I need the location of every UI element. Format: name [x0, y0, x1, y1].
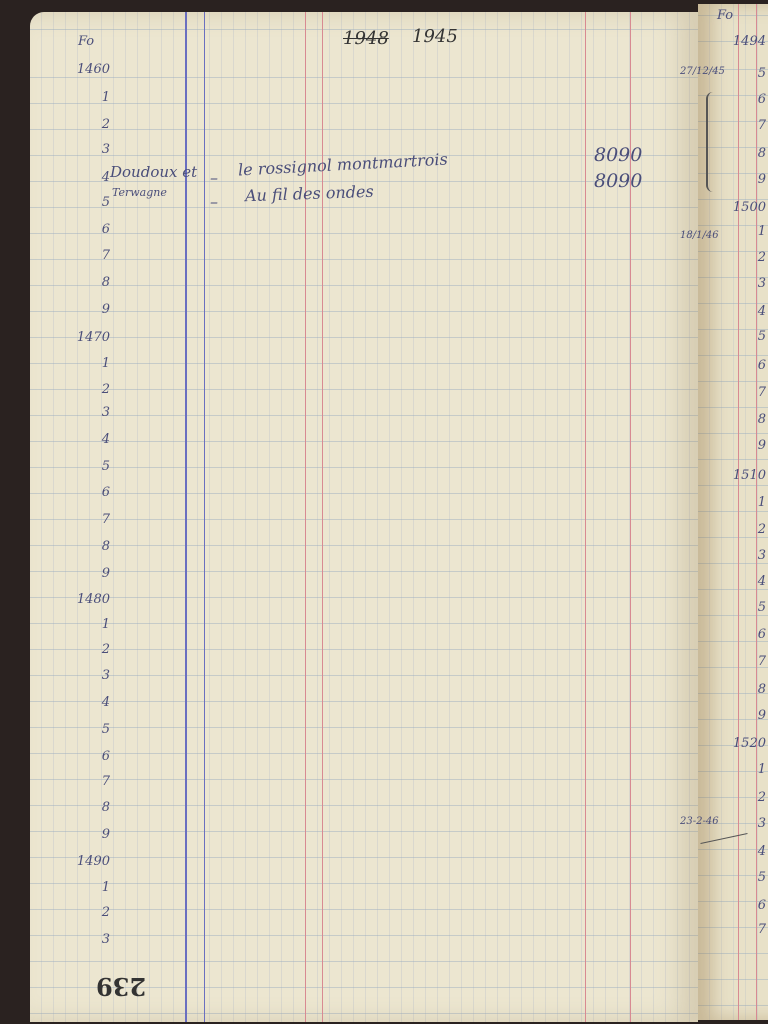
folio-row-label: 4 — [102, 432, 110, 447]
folio-row-label: 6 — [758, 898, 766, 913]
folio-row-label: 9 — [102, 566, 110, 581]
folio-row-label: 5 — [758, 329, 766, 344]
folio-row-label: 8 — [758, 412, 766, 427]
folio-row-label: 1460 — [77, 62, 110, 77]
folio-row-label: 2 — [758, 250, 766, 265]
folio-row-label: 6 — [758, 92, 766, 107]
folio-row-label: 6 — [102, 749, 110, 764]
folio-row-label: 8 — [758, 146, 766, 161]
folio-row-label: 2 — [102, 117, 110, 132]
folio-column-header: Fo — [78, 34, 94, 49]
entry-amount: 8090 — [594, 144, 642, 166]
folio-row-label: 4 — [758, 574, 766, 589]
folio-row-label: 3 — [758, 276, 766, 291]
folio-row-label: 8 — [102, 800, 110, 815]
folio-row-label: 8 — [102, 275, 110, 290]
folio-row-label: 5 — [758, 66, 766, 81]
folio-row-label: 1520 — [733, 736, 766, 751]
amount-column-line — [585, 12, 586, 1022]
folio-row-label: 9 — [758, 172, 766, 187]
folio-row-label: 1490 — [77, 854, 110, 869]
folio-row-label: 2 — [102, 382, 110, 397]
brace-mark — [706, 92, 720, 192]
folio-row-label: 1510 — [733, 468, 766, 483]
folio-row-label: 1 — [758, 495, 766, 510]
folio-row-label: 4 — [102, 695, 110, 710]
folio-row-label: 1500 — [733, 200, 766, 215]
folio-row-label: 7 — [758, 118, 766, 133]
folio-row-label: 4 — [102, 170, 110, 185]
folio-row-label: 1 — [102, 617, 110, 632]
folio-row-label: 3 — [102, 142, 110, 157]
folio-row-label: 1 — [758, 762, 766, 777]
year-heading: 1945 — [412, 26, 458, 47]
dash: – — [210, 168, 218, 187]
folio-row-label: 1 — [102, 90, 110, 105]
folio-row-label: 1494 — [733, 34, 766, 49]
entry-date: 27/12/45 — [680, 66, 725, 77]
page-number: 239 — [96, 972, 146, 1001]
folio-row-label: 8 — [758, 682, 766, 697]
folio-row-label: 7 — [758, 385, 766, 400]
folio-row-label: 7 — [758, 654, 766, 669]
folio-row-label: 3 — [102, 405, 110, 420]
folio-row-label: 7 — [758, 922, 766, 937]
folio-row-label: 2 — [758, 522, 766, 537]
folio-row-label: 1480 — [77, 592, 110, 607]
folio-row-label: 5 — [758, 870, 766, 885]
folio-row-label: 2 — [758, 790, 766, 805]
folio-row-label: 1 — [102, 880, 110, 895]
folio-row-label: 9 — [102, 827, 110, 842]
folio-row-label: 6 — [758, 358, 766, 373]
folio-row-label: 5 — [102, 722, 110, 737]
folio-row-label: 1 — [758, 224, 766, 239]
folio-row-label: 2 — [102, 905, 110, 920]
folio-row-label: 5 — [758, 600, 766, 615]
folio-row-label: 2 — [102, 642, 110, 657]
folio-row-label: 9 — [758, 708, 766, 723]
folio-row-label: 3 — [758, 816, 766, 831]
margin-line-blue-thin — [204, 12, 205, 1022]
folio-row-label: 7 — [102, 774, 110, 789]
entry-date: 18/1/46 — [680, 230, 719, 241]
folio-row-label: 8 — [102, 539, 110, 554]
folio-row-label: 4 — [758, 844, 766, 859]
folio-row-label: 7 — [102, 248, 110, 263]
entry-date: 23-2-46 — [680, 816, 719, 827]
folio-row-label: 3 — [758, 548, 766, 563]
folio-column-header: Fo — [717, 8, 733, 23]
folio-row-label: 9 — [102, 302, 110, 317]
year-heading-struck: 1948 — [343, 28, 389, 49]
folio-row-label: 6 — [102, 485, 110, 500]
entry-amount: 8090 — [594, 170, 642, 192]
margin-line-red — [738, 4, 739, 1020]
folio-row-label: 3 — [102, 668, 110, 683]
folio-row-label: 6 — [758, 627, 766, 642]
folio-row-label: 3 — [102, 932, 110, 947]
folio-row-label: 1 — [102, 356, 110, 371]
folio-row-label: 5 — [102, 459, 110, 474]
folio-row-label: 5 — [102, 195, 110, 210]
folio-row-label: 1470 — [77, 330, 110, 345]
folio-row-label: 6 — [102, 222, 110, 237]
folio-row-label: 7 — [102, 512, 110, 527]
folio-row-label: 9 — [758, 438, 766, 453]
folio-row-label: 4 — [758, 304, 766, 319]
entry-author: Doudoux et — [110, 163, 197, 181]
entry-author-2: Terwagne — [112, 186, 167, 199]
dash: – — [210, 192, 218, 211]
